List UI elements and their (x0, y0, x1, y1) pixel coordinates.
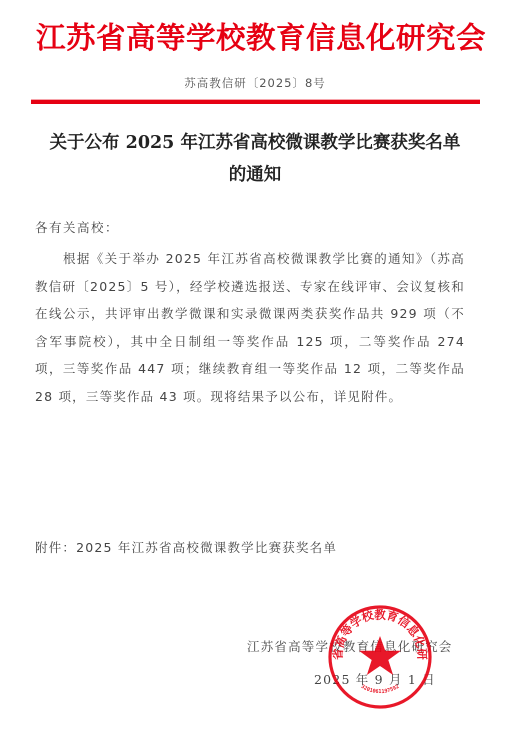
document-number: 苏高教信研〔2025〕8号 (0, 75, 510, 91)
salutation: 各有关高校： (35, 218, 119, 236)
seal-star-icon (359, 636, 401, 675)
notice-title-line-2: 的通知 (30, 159, 480, 191)
notice-title: 关于公布 2025 年江苏省高校微课教学比赛获奖名单 的通知 (30, 127, 480, 191)
seal-serial-number: 3201061197592 (360, 684, 401, 695)
body-paragraph: 根据《关于举办 2025 年江苏省高校微课教学比赛的通知》（苏高教信研〔2025… (35, 245, 465, 411)
issuing-organization-title: 江苏省高等学校教育信息化研究会 (36, 20, 476, 56)
notice-title-line-1: 关于公布 2025 年江苏省高校微课教学比赛获奖名单 (30, 127, 480, 159)
red-header-divider (31, 100, 480, 104)
official-seal-stamp: 江苏省高等学校教育信息化研究会 3201061197592 (326, 603, 434, 711)
attachment-note: 附件：2025 年江苏省高校微课教学比赛获奖名单 (35, 538, 337, 556)
